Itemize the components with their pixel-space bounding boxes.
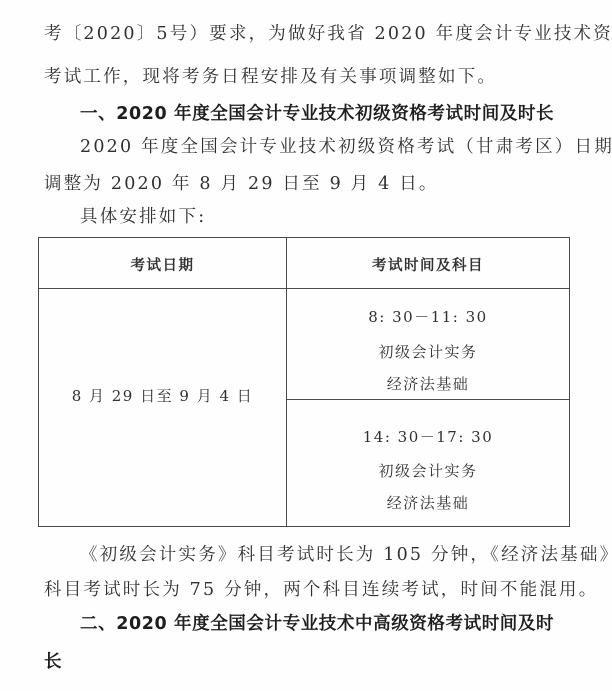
date-range-cell: 8 月 29 日至 9 月 4 日 (39, 385, 286, 406)
header-exam-date: 考试日期 (39, 254, 286, 275)
section2-heading-line-1: 二、2020 年度全国会计专业技术中高级资格考试时间及时 (80, 610, 554, 635)
intro-line-2: 考试工作，现将考务日程安排及有关事项调整如下。 (44, 63, 497, 88)
note-line-1: 《初级会计实务》科目考试时长为 105 分钟，《经济法基础》 (80, 541, 612, 566)
header-divider (39, 288, 569, 289)
section1-paragraph-line-1: 2020 年度全国会计专业技术初级资格考试（甘肃考区）日期 (80, 133, 612, 158)
exam-schedule-table: 考试日期 考试时间及科目 8 月 29 日至 9 月 4 日 8: 30－11:… (38, 237, 570, 527)
session-2-time: 14: 30－17: 30 (287, 426, 569, 447)
session-1-subject-1: 初级会计实务 (287, 341, 569, 362)
section1-heading: 一、2020 年度全国会计专业技术初级资格考试时间及时长 (80, 100, 554, 125)
session-2-subject-1: 初级会计实务 (287, 460, 569, 481)
intro-line-1: 考〔2020〕5号）要求，为做好我省 2020 年度会计专业技术资格 (44, 20, 612, 45)
session-2-subject-2: 经济法基础 (287, 492, 569, 513)
section2-heading-line-2: 长 (44, 648, 62, 673)
schedule-intro: 具体安排如下: (80, 203, 206, 228)
session-1-subject-2: 经济法基础 (287, 373, 569, 394)
note-line-2: 科目考试时长为 75 分钟，两个科目连续考试，时间不能混用。 (44, 576, 598, 601)
session-1-time: 8: 30－11: 30 (287, 306, 569, 327)
section1-paragraph-line-2: 调整为 2020 年 8 月 29 日至 9 月 4 日。 (44, 170, 439, 195)
session-divider (286, 399, 569, 400)
header-exam-time-subjects: 考试时间及科目 (287, 254, 569, 275)
